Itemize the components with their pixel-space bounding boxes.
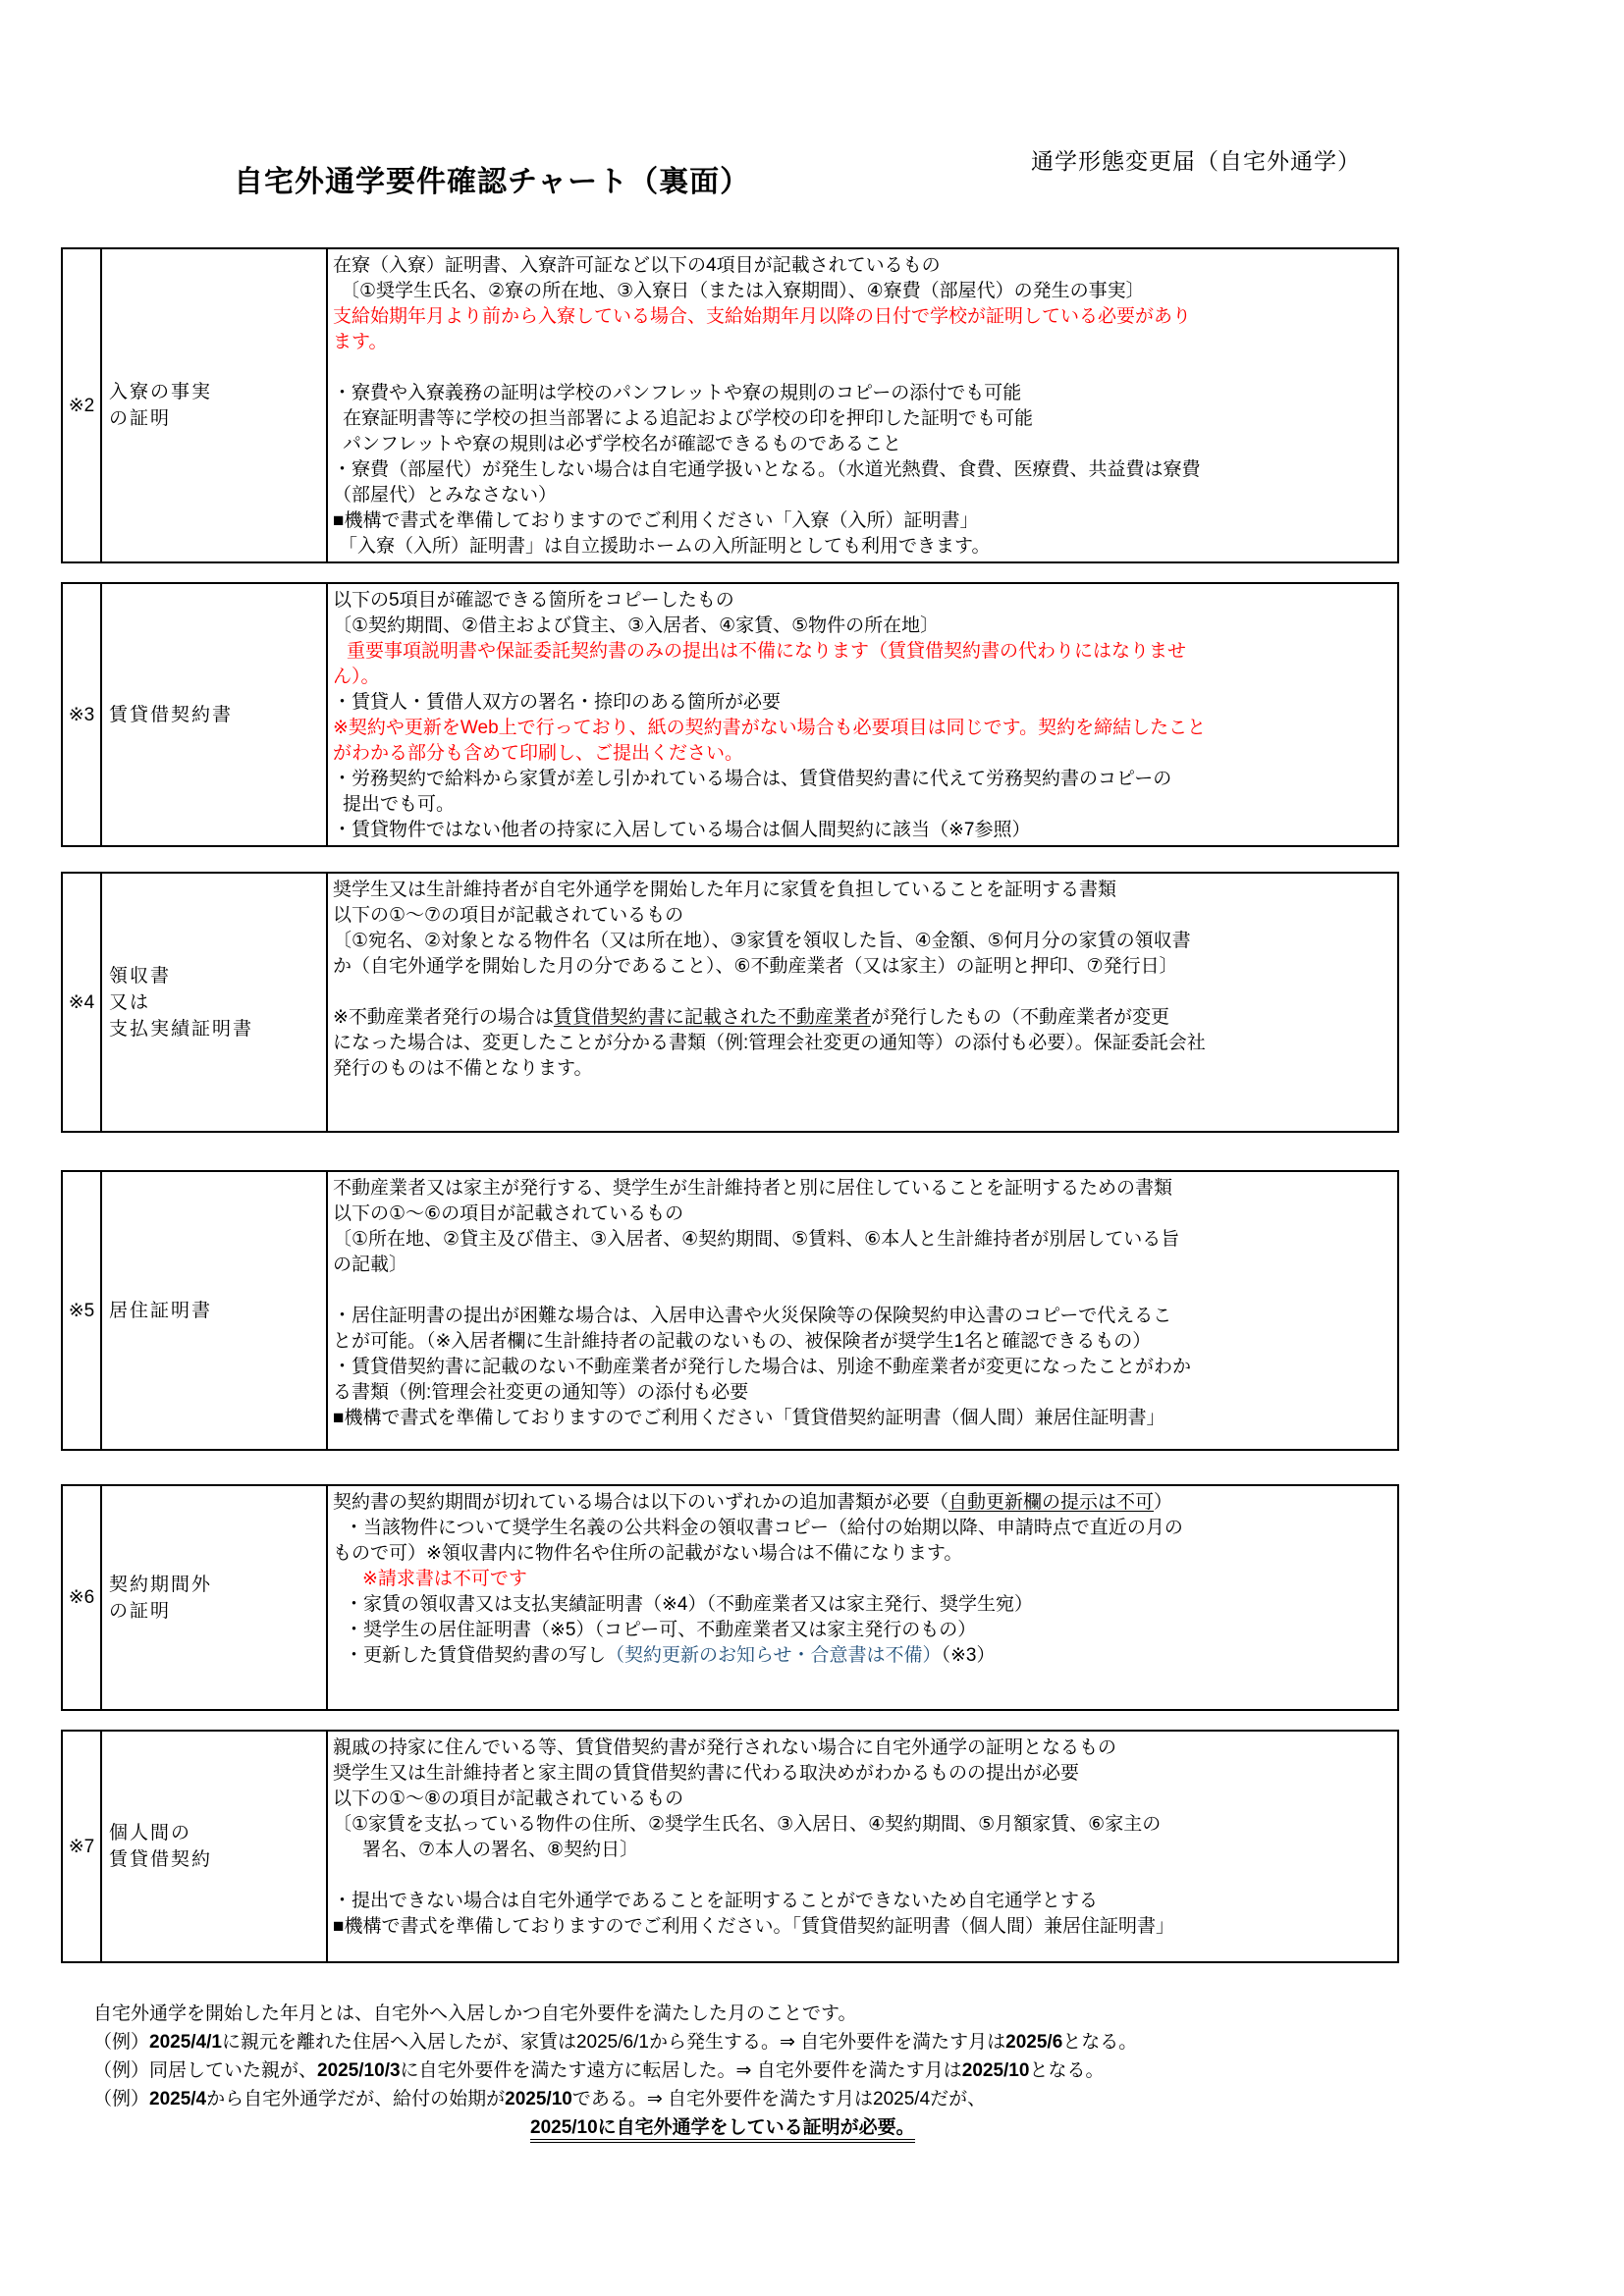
text-segment: ※不動産業者発行の場合は [333, 1007, 554, 1028]
section-label: 居住証明書 [102, 1172, 328, 1449]
content-line: ・奨学生の居住証明書（※5）（コピー可、不動産業者又は家主発行のもの） [333, 1618, 1393, 1643]
text-segment: 賃貸借契約書に記載された不動産業者 [554, 1007, 871, 1028]
page-title: 自宅外通学要件確認チャート（裏面） [234, 157, 750, 200]
text-segment: 〔①奨学生氏名、②寮の所在地、③入寮日（または入寮期間）、④寮費（部屋代）の発生… [341, 281, 1145, 301]
section-label-line: の証明 [109, 405, 326, 432]
content-line: 以下の①～⑥の項目が記載されているもの [333, 1201, 1393, 1227]
content-line: 〔①宛名、②対象となる物件名（又は所在地）、③家賃を領収した旨、④金額、⑤何月分… [333, 929, 1393, 954]
content-line: ※不動産業者発行の場合は賃貸借契約書に記載された不動産業者が発行したもの（不動産… [333, 1005, 1393, 1031]
document-page: 通学形態変更届（自宅外通学） 自宅外通学要件確認チャート（裏面） ※2入寮の事実… [0, 0, 1624, 2296]
text-segment: となる。 [1029, 2060, 1104, 2081]
text-segment: 2025/4/1 [149, 2032, 222, 2053]
content-line: ・居住証明書の提出が困難な場合は、入居申込書や火災保険等の保険契約申込書のコピー… [333, 1304, 1393, 1329]
text-segment: 不動産業者又は家主が発行する、奨学生が生計維持者と別に居住していることを証明する… [333, 1178, 1172, 1199]
text-segment: とが可能。（※入居者欄に生計維持者の記載のないもの、被保険者が奨学生1名と確認で… [333, 1331, 1151, 1352]
text-segment: 2025/4 [149, 2089, 206, 2109]
text-segment: もので可）※領収書内に物件名や住所の記載がない場合は不備になります。 [333, 1543, 962, 1564]
text-segment: 支給始期年月より前から入寮している場合、支給始期年月以降の日付で学校が証明してい… [333, 306, 1191, 327]
content-line: とが可能。（※入居者欄に生計維持者の記載のないもの、被保険者が奨学生1名と確認で… [333, 1329, 1393, 1355]
text-segment: ・寮費や入寮義務の証明は学校のパンフレットや寮の規則のコピーの添付でも可能 [333, 383, 1021, 403]
text-segment: パンフレットや寮の規則は必ず学校名が確認できるものであること [343, 434, 901, 454]
section-table-7: ※7個人間の賃貸借契約親戚の持家に住んでいる等、賃貸借契約書が発行されない場合に… [61, 1730, 1399, 1963]
footer-line: （例）2025/4/1に親元を離れた住居へ入居したが、家賃は2025/6/1から… [93, 2028, 1537, 2056]
content-line: 在寮（入寮）証明書、入寮許可証など以下の4項目が記載されているもの [333, 253, 1393, 279]
text-segment: ・居住証明書の提出が困難な場合は、入居申込書や火災保険等の保険契約申込書のコピー… [333, 1306, 1171, 1326]
section-label-line: の証明 [109, 1598, 326, 1625]
section-label-line: 契約期間外 [109, 1572, 326, 1598]
section-label: 賃貸借契約書 [102, 584, 328, 845]
text-segment: ■機構で書式を準備しておりますのでご利用ください「入寮（入所）証明書」 [333, 510, 978, 531]
form-type-note: 通学形態変更届（自宅外通学） [1031, 143, 1361, 176]
text-segment: ■機構で書式を準備しておりますのでご利用ください「賃貸借契約証明書（個人間）兼居… [333, 1408, 1164, 1428]
section-content: 以下の5項目が確認できる箇所をコピーしたもの〔①契約期間、②借主および貸主、③入… [328, 584, 1397, 845]
section-label-line: 個人間の [109, 1820, 326, 1846]
text-segment: （例）同居していた親が、 [93, 2060, 317, 2081]
content-line: 重要事項説明書や保証委託契約書のみの提出は不備になります（賃貸借契約書の代わりに… [333, 639, 1393, 665]
content-line: 提出でも可。 [333, 792, 1393, 818]
text-segment: 自動更新欄の提示は不可 [948, 1492, 1154, 1513]
text-segment: になった場合は、変更したことが分かる書類（例:管理会社変更の通知等）の添付も必要… [333, 1033, 1206, 1053]
text-segment: （例） [93, 2032, 149, 2053]
text-segment: 重要事項説明書や保証委託契約書のみの提出は不備になります（賃貸借契約書の代わりに… [347, 641, 1186, 662]
section-label-line: 賃貸借契約 [109, 1846, 326, 1873]
footer-line: 自宅外通学を開始した年月とは、自宅外へ入居しかつ自宅外要件を満たした月のことです… [93, 2000, 1537, 2028]
text-segment: ん）。 [333, 667, 380, 687]
text-segment: （例） [93, 2089, 149, 2109]
text-segment: 〔①宛名、②対象となる物件名（又は所在地）、③家賃を領収した旨、④金額、⑤何月分… [333, 931, 1191, 951]
text-segment: 2025/10/3 [317, 2060, 401, 2081]
content-line: ・寮費や入寮義務の証明は学校のパンフレットや寮の規則のコピーの添付でも可能 [333, 381, 1393, 406]
content-line: ・家賃の領収書又は支払実績証明書（※4）（不動産業者又は家主発行、奨学生宛） [333, 1592, 1393, 1618]
text-segment: ・奨学生の居住証明書（※5）（コピー可、不動産業者又は家主発行のもの） [345, 1620, 976, 1640]
text-segment: 以下の①～⑧の項目が記載されているもの [333, 1789, 683, 1809]
content-line: 以下の①～⑦の項目が記載されているもの [333, 903, 1393, 929]
content-line: 「入寮（入所）証明書」は自立援助ホームの入所証明としても利用できます。 [333, 534, 1393, 560]
section-ref: ※5 [63, 1172, 102, 1449]
text-segment: ・賃貸借契約書に記載のない不動産業者が発行した場合は、別途不動産業者が変更になっ… [333, 1357, 1191, 1377]
content-line: ■機構で書式を準備しておりますのでご利用ください。「賃貸借契約証明書（個人間）兼… [333, 1914, 1393, 1940]
text-segment: が発行したもの（不動産業者が変更 [871, 1007, 1169, 1028]
section-label-line: 入寮の事実 [109, 379, 326, 405]
text-segment: ※契約や更新をWeb上で行っており、紙の契約書がない場合も必要項目は同じです。契… [333, 718, 1206, 738]
text-segment: （契約更新のお知らせ・合意書は不備） [606, 1645, 941, 1666]
section-ref: ※7 [63, 1732, 102, 1961]
text-segment: ・賃貸物件ではない他者の持家に入居している場合は個人間契約に該当（※7参照） [333, 820, 1031, 840]
content-line [333, 355, 1393, 381]
text-segment: ・提出できない場合は自宅外通学であることを証明することができないため自宅通学とす… [333, 1891, 1098, 1911]
content-line: ■機構で書式を準備しておりますのでご利用ください「賃貸借契約証明書（個人間）兼居… [333, 1406, 1393, 1431]
section-ref: ※3 [63, 584, 102, 845]
content-line: 契約書の契約期間が切れている場合は以下のいずれかの追加書類が必要（自動更新欄の提… [333, 1490, 1393, 1516]
section-content: 不動産業者又は家主が発行する、奨学生が生計維持者と別に居住していることを証明する… [328, 1172, 1397, 1449]
section-table-6: ※6契約期間外の証明契約書の契約期間が切れている場合は以下のいずれかの追加書類が… [61, 1484, 1399, 1711]
text-segment: ・寮費（部屋代）が発生しない場合は自宅通学扱いとなる。（水道光熱費、食費、医療費… [333, 459, 1201, 480]
content-line: 以下の5項目が確認できる箇所をコピーしたもの [333, 588, 1393, 614]
content-line: ます。 [333, 330, 1393, 355]
content-line: ※契約や更新をWeb上で行っており、紙の契約書がない場合も必要項目は同じです。契… [333, 716, 1393, 741]
section-content: 親戚の持家に住んでいる等、賃貸借契約書が発行されない場合に自宅外通学の証明となる… [328, 1732, 1397, 1961]
footer-line: （例）2025/4から自宅外通学だが、給付の始期が2025/10である。⇒ 自宅… [93, 2085, 1537, 2113]
text-segment: ） [1154, 1492, 1172, 1513]
content-line: ・寮費（部屋代）が発生しない場合は自宅通学扱いとなる。（水道光熱費、食費、医療費… [333, 457, 1393, 483]
text-segment: ・家賃の領収書又は支払実績証明書（※4）（不動産業者又は家主発行、奨学生宛） [345, 1594, 1033, 1615]
text-segment: 署名、⑦本人の署名、⑧契約日〕 [362, 1840, 638, 1860]
content-line: 〔①契約期間、②借主および貸主、③入居者、④家賃、⑤物件の所在地〕 [333, 614, 1393, 639]
text-segment: 以下の①～⑥の項目が記載されているもの [333, 1203, 683, 1224]
section-label-line: 又は [109, 989, 326, 1016]
text-segment: 〔①所在地、②貸主及び借主、③入居者、④契約期間、⑤賃料、⑥本人と生計維持者が別… [333, 1229, 1179, 1250]
text-segment: 2025/10 [505, 2089, 572, 2109]
text-segment: 奨学生又は生計維持者と家主間の賃貸借契約書に代わる取決めがわかるものの提出が必要 [333, 1763, 1079, 1784]
text-segment: 2025/6 [1005, 2032, 1062, 2053]
content-line: がわかる部分も含めて印刷し、ご提出ください。 [333, 741, 1393, 767]
content-line: 発行のものは不備となります。 [333, 1056, 1393, 1082]
content-line: 奨学生又は生計維持者が自宅外通学を開始した年月に家賃を負担していることを証明する… [333, 878, 1393, 903]
text-segment: 以下の①～⑦の項目が記載されているもの [333, 905, 683, 926]
content-line [333, 980, 1393, 1005]
section-label-line: 領収書 [109, 963, 326, 989]
section-content: 奨学生又は生計維持者が自宅外通学を開始した年月に家賃を負担していることを証明する… [328, 874, 1397, 1131]
content-line: 不動産業者又は家主が発行する、奨学生が生計維持者と別に居住していることを証明する… [333, 1176, 1393, 1201]
content-line: ・賃貸人・賃借人双方の署名・捺印のある箇所が必要 [333, 690, 1393, 716]
text-segment: から自宅外通学だが、給付の始期が [206, 2089, 505, 2109]
text-segment: 発行のものは不備となります。 [333, 1058, 592, 1079]
text-segment: 契約書の契約期間が切れている場合は以下のいずれかの追加書類が必要（ [333, 1492, 948, 1513]
text-segment: 2025/10に自宅外通学をしている証明が必要。 [530, 2117, 915, 2143]
content-line: ※請求書は不可です [333, 1567, 1393, 1592]
text-segment: 在寮（入寮）証明書、入寮許可証など以下の4項目が記載されているもの [333, 255, 941, 276]
content-line: （部屋代）とみなさない） [333, 483, 1393, 508]
content-line: 奨学生又は生計維持者と家主間の賃貸借契約書に代わる取決めがわかるものの提出が必要 [333, 1761, 1393, 1787]
content-line: パンフレットや寮の規則は必ず学校名が確認できるものであること [333, 432, 1393, 457]
text-segment: ・労務契約で給料から家賃が差し引かれている場合は、賃貸借契約書に代えて労務契約書… [333, 769, 1171, 789]
text-segment: 〔①契約期間、②借主および貸主、③入居者、④家賃、⑤物件の所在地〕 [333, 615, 939, 636]
text-segment: ・更新した賃貸借契約書の写し [345, 1645, 606, 1666]
footer-line: （例）同居していた親が、2025/10/3に自宅外要件を満たす遠方に転居した。⇒… [93, 2056, 1537, 2085]
footer-line: 2025/10に自宅外通学をしている証明が必要。 [93, 2113, 1537, 2142]
content-line: ・当該物件について奨学生名義の公共料金の領収書コピー（給付の始期以降、申請時点で… [333, 1516, 1393, 1541]
text-segment: ・当該物件について奨学生名義の公共料金の領収書コピー（給付の始期以降、申請時点で… [345, 1518, 1183, 1538]
text-segment: 2025/10 [962, 2060, 1030, 2081]
text-segment: である。⇒ 自宅外要件を満たす月は2025/4だが、 [572, 2089, 986, 2109]
text-segment: 在寮証明書等に学校の担当部署による追記および学校の印を押印した証明でも可能 [343, 408, 1033, 429]
text-segment: 提出でも可。 [343, 794, 455, 815]
section-table-3: ※3賃貸借契約書以下の5項目が確認できる箇所をコピーしたもの〔①契約期間、②借主… [61, 582, 1399, 847]
text-segment: がわかる部分も含めて印刷し、ご提出ください。 [333, 743, 743, 764]
content-line: 署名、⑦本人の署名、⑧契約日〕 [333, 1838, 1393, 1863]
section-content: 契約書の契約期間が切れている場合は以下のいずれかの追加書類が必要（自動更新欄の提… [328, 1486, 1397, 1709]
section-ref: ※2 [63, 249, 102, 561]
content-line: ■機構で書式を準備しておりますのでご利用ください「入寮（入所）証明書」 [333, 508, 1393, 534]
content-line: 親戚の持家に住んでいる等、賃貸借契約書が発行されない場合に自宅外通学の証明となる… [333, 1735, 1393, 1761]
section-table-4: ※4領収書又は支払実績証明書奨学生又は生計維持者が自宅外通学を開始した年月に家賃… [61, 872, 1399, 1133]
section-ref: ※4 [63, 874, 102, 1131]
section-label-line: 支払実績証明書 [109, 1016, 326, 1042]
text-segment: となる。 [1062, 2032, 1137, 2053]
content-line: 支給始期年月より前から入寮している場合、支給始期年月以降の日付で学校が証明してい… [333, 304, 1393, 330]
section-label: 個人間の賃貸借契約 [102, 1732, 328, 1961]
text-segment: 「入寮（入所）証明書」は自立援助ホームの入所証明としても利用できます。 [339, 536, 990, 557]
section-label-line: 居住証明書 [109, 1298, 326, 1324]
content-line: 以下の①～⑧の項目が記載されているもの [333, 1787, 1393, 1812]
text-segment: 親戚の持家に住んでいる等、賃貸借契約書が発行されない場合に自宅外通学の証明となる… [333, 1737, 1116, 1758]
content-line: 在寮証明書等に学校の担当部署による追記および学校の印を押印した証明でも可能 [333, 406, 1393, 432]
content-line: 〔①奨学生氏名、②寮の所在地、③入寮日（または入寮期間）、④寮費（部屋代）の発生… [333, 279, 1393, 304]
content-line: 〔①所在地、②貸主及び借主、③入居者、④契約期間、⑤賃料、⑥本人と生計維持者が別… [333, 1227, 1393, 1253]
text-segment: （部屋代）とみなさない） [333, 485, 557, 506]
section-table-2: ※2入寮の事実の証明在寮（入寮）証明書、入寮許可証など以下の4項目が記載されてい… [61, 247, 1399, 563]
content-line: 〔①家賃を支払っている物件の住所、②奨学生氏名、③入居日、④契約期間、⑤月額家賃… [333, 1812, 1393, 1838]
content-line [333, 1278, 1393, 1304]
text-segment: の記載〕 [333, 1255, 407, 1275]
section-table-5: ※5居住証明書不動産業者又は家主が発行する、奨学生が生計維持者と別に居住している… [61, 1170, 1399, 1451]
content-line: ・提出できない場合は自宅外通学であることを証明することができないため自宅通学とす… [333, 1889, 1393, 1914]
content-line: ・更新した賃貸借契約書の写し（契約更新のお知らせ・合意書は不備）（※3） [333, 1643, 1393, 1669]
text-segment: 以下の5項目が確認できる箇所をコピーしたもの [333, 590, 734, 611]
text-segment: に自宅外要件を満たす遠方に転居した。⇒ 自宅外要件を満たす月は [401, 2060, 962, 2081]
text-segment: 自宅外通学を開始した年月とは、自宅外へ入居しかつ自宅外要件を満たした月のことです… [93, 2003, 856, 2024]
content-line: ・労務契約で給料から家賃が差し引かれている場合は、賃貸借契約書に代えて労務契約書… [333, 767, 1393, 792]
content-line: る書類（例:管理会社変更の通知等）の添付も必要 [333, 1380, 1393, 1406]
section-label: 契約期間外の証明 [102, 1486, 328, 1709]
text-segment: 奨学生又は生計維持者が自宅外通学を開始した年月に家賃を負担していることを証明する… [333, 880, 1116, 900]
section-label: 入寮の事実の証明 [102, 249, 328, 561]
text-segment: ■機構で書式を準備しておりますのでご利用ください。「賃貸借契約証明書（個人間）兼… [333, 1916, 1174, 1937]
section-label-line: 賃貸借契約書 [109, 702, 326, 728]
text-segment: 〔①家賃を支払っている物件の住所、②奨学生氏名、③入居日、④契約期間、⑤月額家賃… [333, 1814, 1161, 1835]
content-line: ・賃貸物件ではない他者の持家に入居している場合は個人間契約に該当（※7参照） [333, 818, 1393, 843]
section-label: 領収書又は支払実績証明書 [102, 874, 328, 1131]
content-line: になった場合は、変更したことが分かる書類（例:管理会社変更の通知等）の添付も必要… [333, 1031, 1393, 1056]
text-segment: る書類（例:管理会社変更の通知等）の添付も必要 [333, 1382, 748, 1403]
text-segment: ます。 [333, 332, 387, 352]
section-content: 在寮（入寮）証明書、入寮許可証など以下の4項目が記載されているもの〔①奨学生氏名… [328, 249, 1397, 561]
content-line [333, 1863, 1393, 1889]
text-segment: に親元を離れた住居へ入居したが、家賃は2025/6/1から発生する。⇒ 自宅外要… [222, 2032, 1005, 2053]
content-line: の記載〕 [333, 1253, 1393, 1278]
content-line: ・賃貸借契約書に記載のない不動産業者が発行した場合は、別途不動産業者が変更になっ… [333, 1355, 1393, 1380]
text-segment: （※3） [941, 1645, 995, 1666]
section-ref: ※6 [63, 1486, 102, 1709]
content-line: もので可）※領収書内に物件名や住所の記載がない場合は不備になります。 [333, 1541, 1393, 1567]
text-segment: ※請求書は不可です [362, 1569, 527, 1589]
text-segment: ・賃貸人・賃借人双方の署名・捺印のある箇所が必要 [333, 692, 781, 713]
content-line: か（自宅外通学を開始した月の分であること）、⑥不動産業者（又は家主）の証明と押印… [333, 954, 1393, 980]
content-line: ん）。 [333, 665, 1393, 690]
footer-notes: 自宅外通学を開始した年月とは、自宅外へ入居しかつ自宅外要件を満たした月のことです… [93, 2000, 1537, 2142]
text-segment: か（自宅外通学を開始した月の分であること）、⑥不動産業者（又は家主）の証明と押印… [333, 956, 1178, 977]
